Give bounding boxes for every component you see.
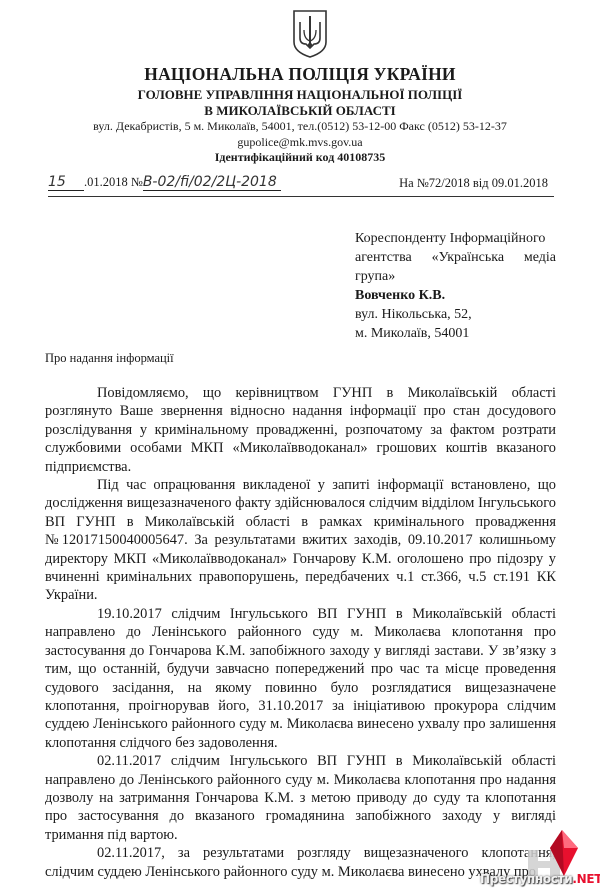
recipient-name: Вовченко К.В. [355,288,445,303]
recipient-street: вул. Нікольська, 52, [355,305,556,324]
body-paragraph-4: 02.11.2017 слідчим Інгульського ВП ГУНП … [45,752,556,844]
org-address: вул. Декабристів, 5 м. Миколаїв, 54001, … [0,119,600,134]
handwritten-outgoing-number: В-02/fi/02/2Ц-2018 [143,174,281,191]
watermark-text-main: Преступности [480,872,572,886]
recipient-line-1: Кореспонденту Інформаційного [355,229,556,248]
department-line-2: В МИКОЛАЇВСЬКІЙ ОБЛАСТІ [0,103,600,119]
watermark-text-suffix: .NET [572,872,600,886]
body-paragraph-3: 19.10.2017 слідчим Інгульського ВП ГУНП … [45,605,556,752]
department-line-1: ГОЛОВНЕ УПРАВЛІННЯ НАЦІОНАЛЬНОЇ ПОЛІЦІЇ [0,87,600,103]
recipient-city: м. Миколаїв, 54001 [355,324,556,343]
recipient-line-3: група» [355,267,556,286]
body-paragraph-1: Повідомляємо, що керівництвом ГУНП в Мик… [45,384,556,476]
date-suffix: .01.2018 № [84,175,143,189]
org-email[interactable]: gupolice@mk.mvs.gov.ua [0,135,600,150]
handwritten-day: 15 [48,174,84,191]
reply-reference: На №72/2018 від 09.01.2018 [399,176,548,191]
header-divider [48,196,554,197]
coat-of-arms-icon [291,8,329,60]
letter-body: Повідомляємо, що керівництвом ГУНП в Мик… [45,384,556,881]
watermark-text: Преступности.NET [480,872,600,886]
letter-page: НАЦІОНАЛЬНА ПОЛІЦІЯ УКРАЇНИ ГОЛОВНЕ УПРА… [0,0,600,894]
subject-line: Про надання інформації [45,351,174,366]
org-title: НАЦІОНАЛЬНА ПОЛІЦІЯ УКРАЇНИ [0,64,600,85]
recipient-line-2: агентства «Українська медіа [355,248,556,267]
registration-line: 15.01.2018 №В-02/fi/02/2Ц-2018 На №72/20… [48,174,548,194]
recipient-block: Кореспонденту Інформаційного агентства «… [355,229,556,343]
body-paragraph-2: Під час опрацювання викладеної у запиті … [45,476,556,605]
org-id-code: Ідентифікаційний код 40108735 [0,150,600,165]
